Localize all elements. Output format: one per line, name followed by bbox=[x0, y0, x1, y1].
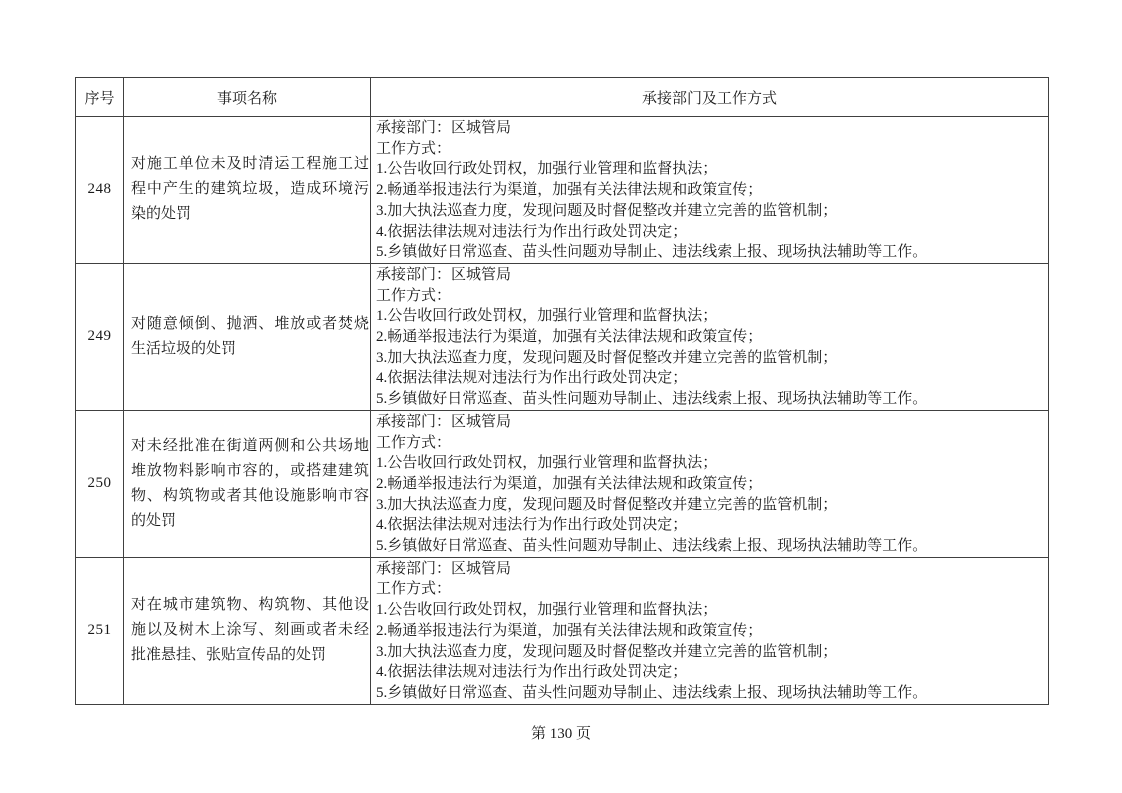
detail-line-3: 3.加大执法巡查力度，发现问题及时督促整改并建立完善的监管机制； bbox=[376, 201, 1044, 222]
detail-line-2: 2.畅通举报违法行为渠道，加强有关法律法规和政策宣传； bbox=[376, 621, 1044, 642]
detail-line-3: 3.加大执法巡查力度，发现问题及时督促整改并建立完善的监管机制； bbox=[376, 642, 1044, 663]
detail-line-4: 4.依据法律法规对违法行为作出行政处罚决定； bbox=[376, 662, 1044, 683]
seq-cell: 250 bbox=[76, 410, 124, 557]
detail-line-2: 2.畅通举报违法行为渠道，加强有关法律法规和政策宣传； bbox=[376, 474, 1044, 495]
item-name-cell: 对未经批准在街道两侧和公共场地堆放物料影响市容的，或搭建建筑物、构筑物或者其他设… bbox=[124, 410, 371, 557]
detail-line-4: 4.依据法律法规对违法行为作出行政处罚决定； bbox=[376, 222, 1044, 243]
header-seq: 序号 bbox=[76, 78, 124, 117]
detail-line-1: 1.公告收回行政处罚权，加强行业管理和监督执法； bbox=[376, 306, 1044, 327]
detail-line-1: 1.公告收回行政处罚权，加强行业管理和监督执法； bbox=[376, 159, 1044, 180]
detail-line-2: 2.畅通举报违法行为渠道，加强有关法律法规和政策宣传； bbox=[376, 180, 1044, 201]
page-number: 第 130 页 bbox=[0, 722, 1122, 743]
detail-line-1: 1.公告收回行政处罚权，加强行业管理和监督执法； bbox=[376, 453, 1044, 474]
seq-cell: 248 bbox=[76, 117, 124, 264]
header-dept-method: 承接部门及工作方式 bbox=[371, 78, 1049, 117]
detail-line-method-label: 工作方式： bbox=[376, 139, 1044, 160]
table-row-250: 250 对未经批准在街道两侧和公共场地堆放物料影响市容的，或搭建建筑物、构筑物或… bbox=[76, 410, 1049, 557]
detail-line-5: 5.乡镇做好日常巡查、苗头性问题劝导制止、违法线索上报、现场执法辅助等工作。 bbox=[376, 389, 1044, 410]
item-name-cell: 对随意倾倒、抛洒、堆放或者焚烧生活垃圾的处罚 bbox=[124, 263, 371, 410]
detail-line-dept: 承接部门：区城管局 bbox=[376, 118, 1044, 139]
dept-method-cell: 承接部门：区城管局 工作方式： 1.公告收回行政处罚权，加强行业管理和监督执法；… bbox=[371, 410, 1049, 557]
item-name-cell: 对施工单位未及时清运工程施工过程中产生的建筑垃圾，造成环境污染的处罚 bbox=[124, 117, 371, 264]
detail-line-5: 5.乡镇做好日常巡查、苗头性问题劝导制止、违法线索上报、现场执法辅助等工作。 bbox=[376, 242, 1044, 263]
seq-cell: 251 bbox=[76, 557, 124, 704]
table-row-249: 249 对随意倾倒、抛洒、堆放或者焚烧生活垃圾的处罚 承接部门：区城管局 工作方… bbox=[76, 263, 1049, 410]
detail-line-2: 2.畅通举报违法行为渠道，加强有关法律法规和政策宣传； bbox=[376, 327, 1044, 348]
detail-line-4: 4.依据法律法规对违法行为作出行政处罚决定； bbox=[376, 368, 1044, 389]
header-item-name: 事项名称 bbox=[124, 78, 371, 117]
dept-method-cell: 承接部门：区城管局 工作方式： 1.公告收回行政处罚权，加强行业管理和监督执法；… bbox=[371, 557, 1049, 704]
dept-method-cell: 承接部门：区城管局 工作方式： 1.公告收回行政处罚权，加强行业管理和监督执法；… bbox=[371, 117, 1049, 264]
items-table: 序号 事项名称 承接部门及工作方式 248 对施工单位未及时清运工程施工过程中产… bbox=[75, 77, 1049, 705]
detail-line-5: 5.乡镇做好日常巡查、苗头性问题劝导制止、违法线索上报、现场执法辅助等工作。 bbox=[376, 536, 1044, 557]
detail-line-5: 5.乡镇做好日常巡查、苗头性问题劝导制止、违法线索上报、现场执法辅助等工作。 bbox=[376, 683, 1044, 704]
detail-line-3: 3.加大执法巡查力度，发现问题及时督促整改并建立完善的监管机制； bbox=[376, 495, 1044, 516]
seq-cell: 249 bbox=[76, 263, 124, 410]
detail-line-method-label: 工作方式： bbox=[376, 433, 1044, 454]
detail-line-3: 3.加大执法巡查力度，发现问题及时督促整改并建立完善的监管机制； bbox=[376, 348, 1044, 369]
detail-line-dept: 承接部门：区城管局 bbox=[376, 559, 1044, 580]
item-name-cell: 对在城市建筑物、构筑物、其他设施以及树木上涂写、刻画或者未经批准悬挂、张贴宣传品… bbox=[124, 557, 371, 704]
detail-line-4: 4.依据法律法规对违法行为作出行政处罚决定； bbox=[376, 515, 1044, 536]
detail-line-method-label: 工作方式： bbox=[376, 286, 1044, 307]
table-row-248: 248 对施工单位未及时清运工程施工过程中产生的建筑垃圾，造成环境污染的处罚 承… bbox=[76, 117, 1049, 264]
detail-line-1: 1.公告收回行政处罚权，加强行业管理和监督执法； bbox=[376, 600, 1044, 621]
table-header-row: 序号 事项名称 承接部门及工作方式 bbox=[76, 78, 1049, 117]
dept-method-cell: 承接部门：区城管局 工作方式： 1.公告收回行政处罚权，加强行业管理和监督执法；… bbox=[371, 263, 1049, 410]
detail-line-dept: 承接部门：区城管局 bbox=[376, 265, 1044, 286]
document-page: 序号 事项名称 承接部门及工作方式 248 对施工单位未及时清运工程施工过程中产… bbox=[0, 0, 1122, 793]
detail-line-method-label: 工作方式： bbox=[376, 579, 1044, 600]
detail-line-dept: 承接部门：区城管局 bbox=[376, 412, 1044, 433]
table-row-251: 251 对在城市建筑物、构筑物、其他设施以及树木上涂写、刻画或者未经批准悬挂、张… bbox=[76, 557, 1049, 704]
